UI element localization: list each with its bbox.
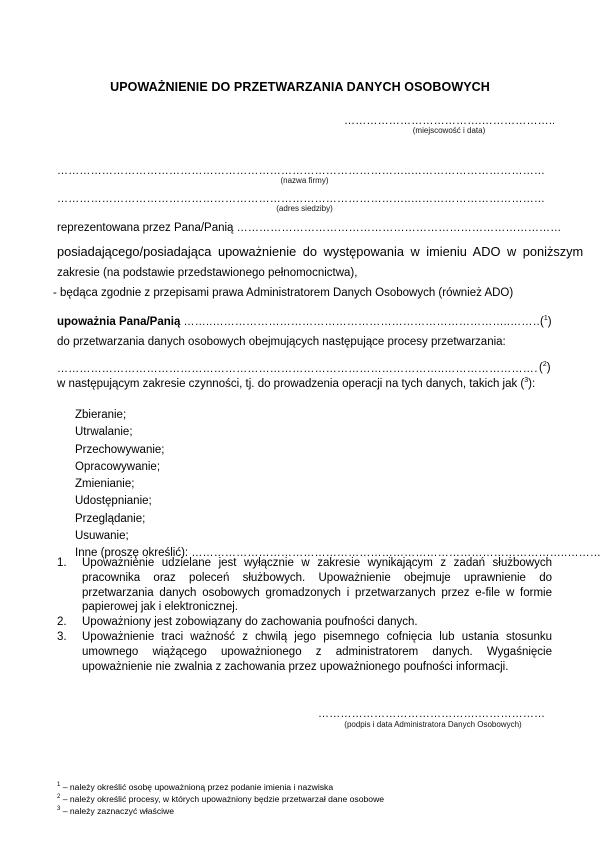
authorized-person-field[interactable]: ……..……………………………………………………………………..……… [184,316,544,328]
footnote-item: 1 – należy określić osobę upoważnioną pr… [57,781,384,793]
processes-intro: do przetwarzania danych osobowych obejmu… [57,336,506,348]
clause-text: Upoważnienie traci ważność z chwilą jego… [82,630,552,674]
clauses-list: 1. Upoważnienie udzielane jest wyłącznie… [57,556,552,674]
authorization-text-line1: posiadającego/posiadająca upoważnienie d… [57,244,583,259]
footnote-item: 2 – należy określić procesy, w których u… [57,793,384,805]
clause-item: 1. Upoważnienie udzielane jest wyłącznie… [57,556,552,615]
operation-item[interactable]: Opracowywanie; [75,459,600,476]
operation-item[interactable]: Zbieranie; [75,407,600,424]
footnotes: 1 – należy określić osobę upoważnioną pr… [57,781,384,818]
authorizes-line: upoważnia Pana/Panią ……..………………………………………… [57,316,557,328]
processes-field[interactable]: …………………………………………………………………………………………..…………… [57,363,537,375]
ado-line: - będąca zgodnie z przepisami prawa Admi… [53,287,513,299]
authorization-text-line2: zakresie (na podstawie przedstawionego p… [57,267,357,279]
clause-item: 3. Upoważnienie traci ważność z chwilą j… [57,630,552,674]
operations-list: Zbieranie; Utrwalanie; Przechowywanie; O… [75,407,600,563]
clause-item: 2. Upoważniony jest zobowiązany do zacho… [57,615,552,630]
signature-field[interactable]: …………………………………….……………… [318,708,548,720]
clause-text: Upoważnienie udzielane jest wyłącznie w … [82,556,552,615]
footnote-item: 3 – należy zaznaczyć właściwe [57,805,384,817]
footnote-ref-2: (2) [539,362,551,374]
footnote-ref-1: (1) [540,316,552,328]
represented-by-line: reprezentowana przez Pana/Panią ……………………… [57,222,557,234]
document-title: UPOWAŻNIENIE DO PRZETWARZANIA DANYCH OSO… [0,80,600,94]
operation-item[interactable]: Udostępnianie; [75,493,600,510]
operation-item[interactable]: Utrwalanie; [75,424,600,441]
company-name-caption: (nazwa firmy) [57,176,552,185]
place-date-caption: (miejscowość i data) [344,126,554,135]
represented-by-field[interactable]: …………………………………………………………………………… [237,222,562,234]
signature-caption: (podpis i data Administratora Danych Oso… [318,720,548,729]
operation-item[interactable]: Przechowywanie; [75,442,600,459]
scope-intro: w następującym zakresie czynności, tj. d… [57,378,535,390]
operation-item[interactable]: Zmienianie; [75,476,600,493]
represented-by-label: reprezentowana przez Pana/Panią [57,222,233,234]
clause-text: Upoważniony jest zobowiązany do zachowan… [82,615,552,630]
operation-item[interactable]: Przeglądanie; [75,511,600,528]
company-address-caption: (adres siedziby) [57,204,552,213]
authorizes-label: upoważnia Pana/Panią [57,316,180,328]
operation-item[interactable]: Usuwanie; [75,528,600,545]
